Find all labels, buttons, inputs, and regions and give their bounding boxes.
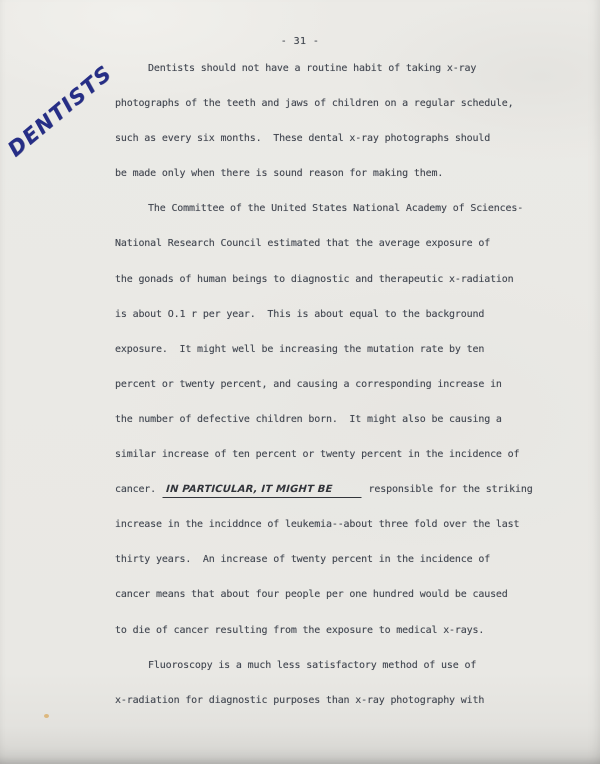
typed-line: is about O.1 r per year. This is about e… [115,297,545,332]
typed-line: Fluoroscopy is a much less satisfactory … [115,648,545,683]
typed-line: be made only when there is sound reason … [115,156,545,191]
typed-line: cancer means that about four people per … [115,577,545,612]
paper-speck [44,714,49,718]
typed-line: The Committee of the United States Natio… [115,191,545,226]
typed-line: the number of defective children born. I… [115,402,545,437]
typed-line: exposure. It might well be increasing th… [115,332,545,367]
typed-line: percent or twenty percent, and causing a… [115,367,545,402]
typed-line: x-radiation for diagnostic purposes than… [115,683,545,718]
margin-annotation-dentists: DENTISTS [2,59,119,162]
typed-line: similar increase of ten percent or twent… [115,437,545,472]
typed-line: increase in the inciddnce of leukemia--a… [115,507,545,542]
page-number: - 31 - [0,36,600,47]
typed-line: photographs of the teeth and jaws of chi… [115,86,545,121]
document-page: - 31 - DENTISTS Dentists should not have… [0,0,600,764]
typed-line: such as every six months. These dental x… [115,121,545,156]
typed-line: National Research Council estimated that… [115,226,545,261]
typed-text: responsible for the striking [369,484,533,495]
typed-line: to die of cancer resulting from the expo… [115,613,545,648]
typed-line: thirty years. An increase of twenty perc… [115,542,545,577]
typed-text: cancer. [115,484,156,495]
typed-line: Dentists should not have a routine habit… [115,51,545,86]
typed-line-with-insert: cancer.IN PARTICULAR, IT MIGHT BErespons… [115,472,545,507]
handwritten-insert: IN PARTICULAR, IT MIGHT BE [163,483,364,498]
typed-text-block: Dentists should not have a routine habit… [115,51,545,718]
typed-line: the gonads of human beings to diagnostic… [115,262,545,297]
